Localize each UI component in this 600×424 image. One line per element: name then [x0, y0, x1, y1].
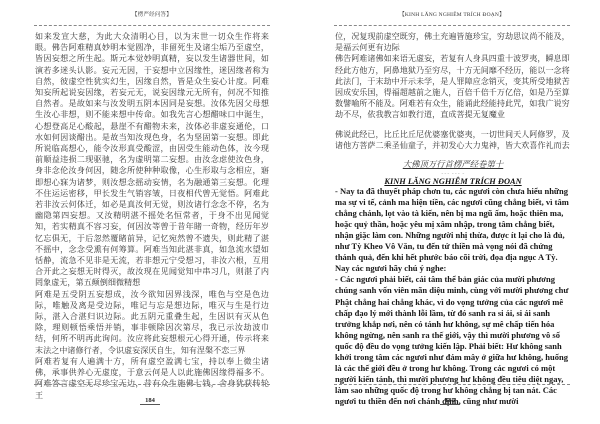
right-header-text: 【KINH LĂNG NGHIÊM TRÍCH ĐOẠN】 — [399, 12, 505, 18]
left-page-body: 如来发宣大慈，为此大众清明心目，以为末世一切众生作将来眼。佛告阿难精真妙明本觉圆… — [35, 31, 269, 401]
right-cn-paragraph: 位，况复现前虚空既穷，佛土充遍皆施珍宝，穷劫思议尚不能及，是福云何更有边际 — [335, 31, 571, 53]
right-page-body: 位，况复现前虚空既穷，佛土充遍皆施珍宝，穷劫思议尚不能及，是福云何更有边际 佛告… — [335, 31, 571, 407]
left-page: 【楞严经问答】 如来发宣大慈，为此大众清明心目，以为末世一切众生作将来眼。佛告阿… — [0, 0, 300, 424]
left-paragraph: 如来发宣大慈，为此大众清明心目，以为末世一切众生作将来眼。佛告阿难精真妙明本觉圆… — [35, 31, 269, 289]
right-footer-divider — [334, 384, 570, 385]
left-paragraph: 阿难若复有人遍满十方，所有虚空盈满七宝，持以奉上微尘诸佛，承事供养心无虚度，于意… — [35, 356, 269, 401]
right-vn-paragraph: - Nay ta đã thuyết pháp chơn tu, các ngư… — [335, 186, 571, 274]
scroll-subtitle: ~~~ ~~~ ~ — [335, 171, 571, 175]
right-vn-paragraph: - Các ngươi phải biết, cái tâm thể bản g… — [335, 274, 571, 407]
left-page-number: 184 — [140, 397, 160, 405]
right-cn-paragraph: 佛说此经已，比丘比丘尼优婆塞优婆夷，一切世间天人阿修罗，及诸他方菩萨二乘圣仙童子… — [335, 129, 571, 151]
right-cn-paragraph: 佛告阿难诸佛如来语无虚妄，若复有人身具四重十波罗夷，瞬息即经此方他方，阿鼻地狱乃… — [335, 53, 571, 120]
right-page-header: 【KINH LĂNG NGHIÊM TRÍCH ĐOẠN】 — [334, 10, 570, 18]
left-page-header: 【楞严经问答】 — [34, 10, 270, 18]
right-page-number: 185 — [440, 397, 460, 405]
left-paragraph: 阿难是五受阴五妄想成，汝今欲知因界浅深，唯色与空是色边际，唯触及离是受边际，唯记… — [35, 289, 269, 356]
section-title: KINH LĂNG NGHIÊM TRÍCH ĐOẠN — [335, 177, 571, 186]
left-header-text: 【楞严经问答】 — [132, 12, 172, 18]
scroll-title: 大佛顶万行首楞严经卷第十 — [335, 158, 571, 170]
right-page: 【KINH LĂNG NGHIÊM TRÍCH ĐOẠN】 位，况复现前虚空既穷… — [300, 0, 600, 424]
left-header-divider — [34, 25, 270, 26]
right-header-divider — [334, 25, 570, 26]
left-footer-divider — [34, 384, 270, 385]
